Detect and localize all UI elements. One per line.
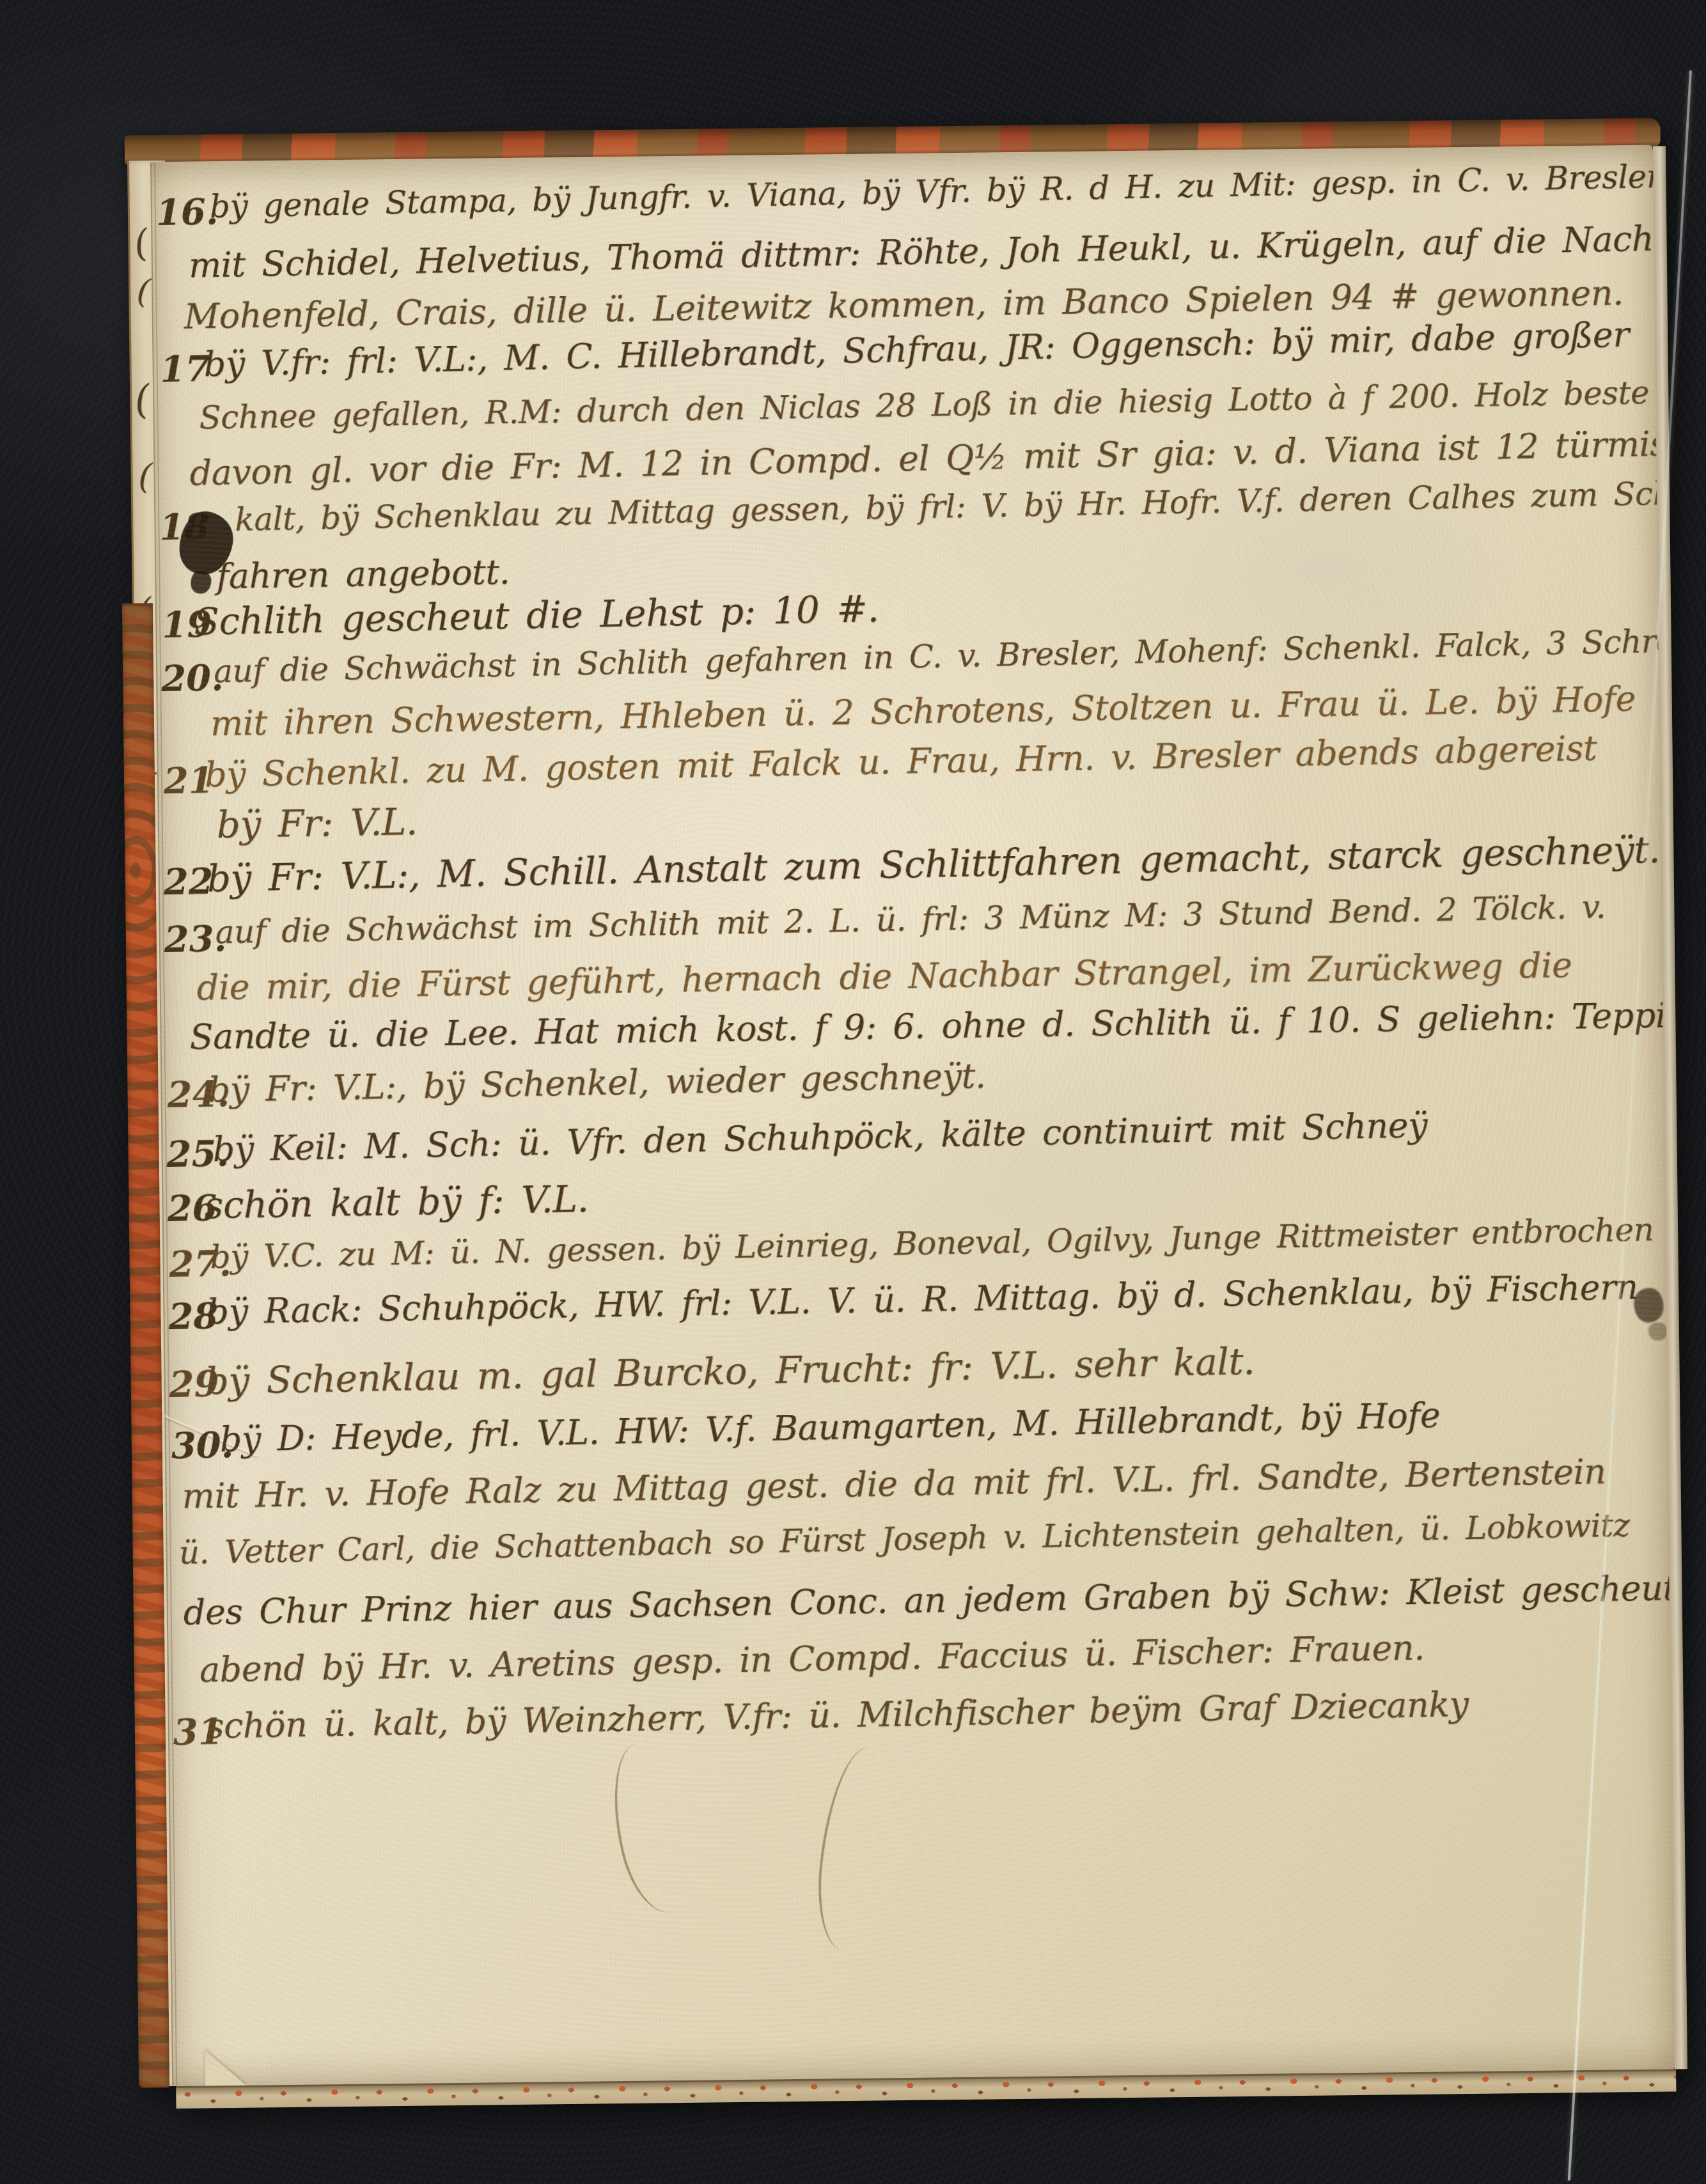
flourish-stroke bbox=[811, 1744, 906, 1956]
entry-30-line-1: bÿ D: Heyde, frl. V.L. HW: V.f. Baumgart… bbox=[219, 1398, 1441, 1457]
entry-23-line-1: auf die Schwächst im Schlith mit 2. L. ü… bbox=[215, 891, 1606, 948]
entry-17-line-2: Schnee gefallen, R.M: durch den Niclas 2… bbox=[199, 377, 1649, 434]
entry-day-22: 22 bbox=[163, 864, 214, 900]
dog-ear-fold bbox=[205, 2050, 247, 2086]
entry-30-line-5: abend bÿ Hr. v. Aretins gesp. in Compd. … bbox=[199, 1630, 1425, 1687]
manuscript-page: 16. 17 18 19 20. 21 22 23. 24. 25. 26 27… bbox=[150, 145, 1675, 2086]
entry-25-line-1: bÿ Keil: M. Sch: ü. Vfr. den Schuhpöck, … bbox=[212, 1108, 1428, 1167]
entry-23-line-2: die mir, die Fürst geführt, hernach die … bbox=[196, 948, 1572, 1006]
entry-18-line-2: fahren angebott. bbox=[216, 555, 510, 594]
entry-30-line-3: ü. Vetter Carl, die Schattenbach so Fürs… bbox=[178, 1509, 1630, 1569]
entry-21-line-1: bÿ Schenkl. zu M. gosten mit Falck u. Fr… bbox=[204, 731, 1597, 793]
entry-16-line-1: bÿ genale Stampa, bÿ Jungfr. v. Viana, b… bbox=[209, 160, 1661, 223]
margin-stray-mark: ( bbox=[132, 376, 152, 424]
entry-29-line-1: bÿ Schenklau m. gal Burcko, Frucht: fr: … bbox=[205, 1343, 1255, 1400]
entry-day-17: 17 bbox=[160, 351, 210, 387]
entry-24-line-1: bÿ Fr: V.L:, bÿ Schenkel, wieder geschne… bbox=[208, 1059, 986, 1107]
entry-26-line-1: schön kalt bÿ f: V.L. bbox=[204, 1180, 589, 1224]
photo-background: ( ( ( ( ( ( 16. 17 18 19 20. 21 22 23. 2… bbox=[0, 0, 1706, 2184]
entry-31-line-1: schön ü. kalt, bÿ Weinzherr, V.fr: ü. Mi… bbox=[206, 1687, 1469, 1743]
ink-smudge bbox=[1634, 1288, 1664, 1323]
entry-30-line-4: des Chur Prinz hier aus Sachsen Conc. an… bbox=[183, 1571, 1675, 1630]
ink-blot-drip bbox=[191, 570, 211, 593]
margin-stray-mark: ( bbox=[136, 272, 152, 312]
entry-21-line-2: bÿ Fr: V.L. bbox=[216, 803, 418, 843]
entry-30-line-2: mit Hr. v. Hofe Ralz zu Mittag gest. die… bbox=[182, 1455, 1606, 1514]
margin-stray-mark: ( bbox=[130, 221, 152, 266]
entry-19-line-1: Schlith gescheut die Lehst p: 10 #. bbox=[194, 590, 879, 641]
flourish-stroke bbox=[599, 1734, 714, 1920]
entry-22-line-1: bÿ Fr: V.L:, M. Schill. Anstalt zum Schl… bbox=[207, 831, 1660, 898]
ink-smudge bbox=[1648, 1322, 1668, 1340]
margin-stray-mark: ( bbox=[137, 456, 153, 497]
entry-23-line-3: Sandte ü. die Lee. Hat mich kost. f 9: 6… bbox=[189, 997, 1675, 1054]
entry-28-line-1: bÿ Rack: Schuhpöck, HW. frl: V.L. V. ü. … bbox=[207, 1270, 1638, 1329]
entry-16-line-2: mit Schidel, Helvetius, Thomä dittmr: Rö… bbox=[188, 221, 1667, 283]
manuscript-book: ( ( ( ( ( ( 16. 17 18 19 20. 21 22 23. 2… bbox=[116, 113, 1689, 2115]
